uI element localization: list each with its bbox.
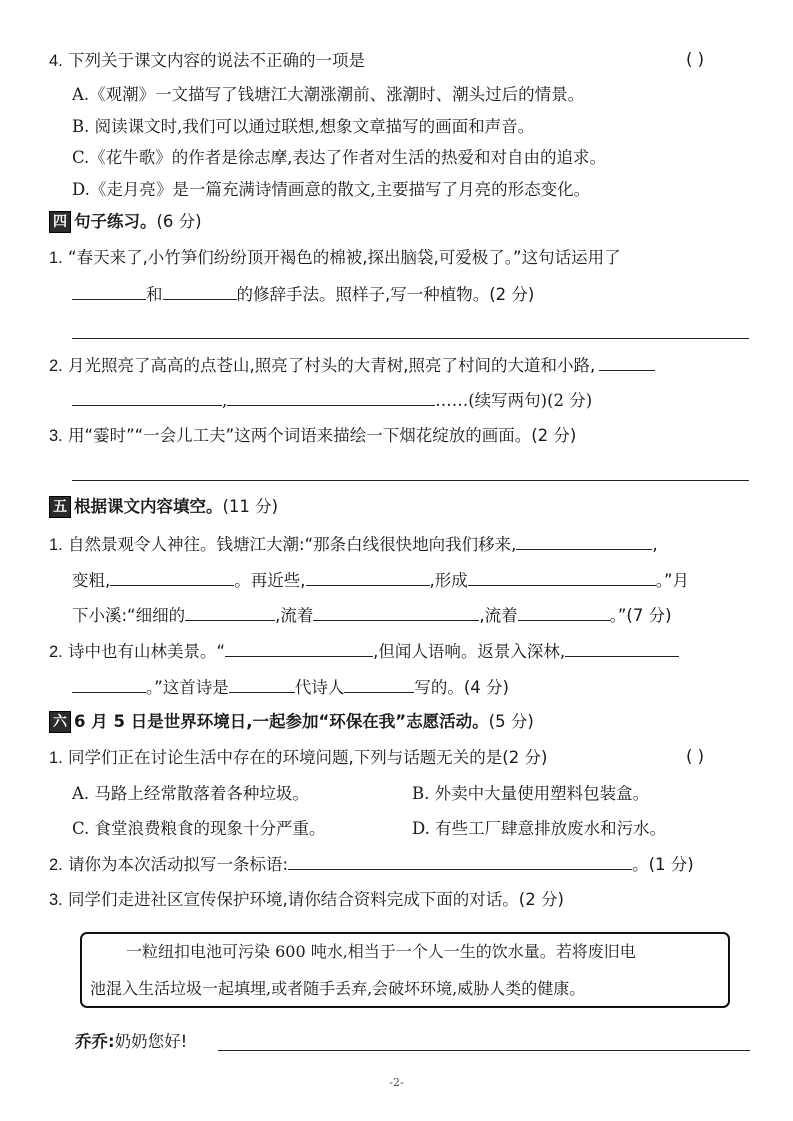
s4-q3-number: 3. [49,427,63,445]
page-number: -2- [0,1076,793,1089]
section-6-score: (5 分) [489,712,534,731]
section-5-header: 五根据课文内容填空。(11 分) [49,496,278,518]
s5-q1-text-3c: ,流着 [479,606,517,625]
q4-option-c: C.《花牛歌》的作者是徐志摩,表达了作者对生活的热爱和对自由的追求。 [72,147,606,169]
s5-q2-blank-5[interactable] [344,676,414,693]
s4-q2-text: 月光照亮了高高的点苍山,照亮了村头的大青树,照亮了村间的大道和小路, [68,356,595,375]
s5-q1-text-2c: ,形成 [430,571,468,590]
s5-q1-text-2b: 。再近些, [234,571,305,590]
s6-q1-answer-bracket[interactable]: ( ) [686,747,704,766]
section-6-header: 六6 月 5 日是世界环境日,一起参加“环保在我”志愿活动。(5 分) [49,711,534,733]
s4-q2-blank-3[interactable] [227,389,435,406]
s6-q3-stem: 同学们走进社区宣传保护环境,请你结合资料完成下面的对话。(2 分) [68,890,564,909]
s6-q3-number: 3. [49,891,63,909]
s5-q1-text-3a: 下小溪:“细细的 [72,606,185,625]
q4-number: 4. [49,52,63,70]
s4-q3-text: 用“霎时”“一会儿工夫”这两个词语来描绘一下烟花绽放的画面。(2 分) [68,426,576,445]
s5-q1-text-2a: 变粗, [72,571,110,590]
s5-q1-blank-1[interactable] [516,533,652,550]
section-4-header: 四句子练习。(6 分) [49,211,202,233]
s6-q3-stem-line: 3. 同学们走进社区宣传保护环境,请你结合资料完成下面的对话。(2 分) [49,889,564,911]
s5-q2-line2: 。”这首诗是代诗人写的。(4 分) [72,676,509,699]
s5-q1-line1: 1. 自然景观令人神往。钱塘江大潮:“那条白线很快地向我们移来,, [49,533,658,556]
s4-q1-line2: 和的修辞手法。照样子,写一种植物。(2 分) [72,283,534,306]
s4-q1-mid: 和 [146,285,163,304]
s6-q1-option-c: C. 食堂浪费粮食的现象十分严重。 [72,818,326,840]
s5-q1-text-2d: 。”月 [656,571,689,590]
s4-q1-number: 1. [49,249,63,267]
section-6-badge: 六 [49,711,71,733]
s6-q2-line: 2. 请你为本次活动拟写一条标语:。(1 分) [49,853,694,876]
material-line-1: 一粒纽扣电池可污染 600 吨水,相当于一个人一生的饮水量。若将废旧电 [90,941,720,963]
s6-q2-number: 2. [49,856,63,874]
s5-q1-text-3d: 。”(7 分) [610,606,672,625]
s5-q2-text-2a: 。”这首诗是 [146,678,229,697]
s4-q1-answer-line[interactable] [72,338,749,339]
s5-q1-line3: 下小溪:“细细的,流着,流着。”(7 分) [72,604,672,627]
s5-q1-text-3b: ,流着 [275,606,313,625]
s6-q1-stem: 同学们正在讨论生活中存在的环境问题,下列与话题无关的是(2 分) [68,748,547,767]
material-line-2: 池混入生活垃圾一起填埋,或者随手丢弃,会破坏环境,威胁人类的健康。 [90,978,720,1000]
q4-option-d: D.《走月亮》是一篇充满诗情画意的散文,主要描写了月亮的形态变化。 [72,179,590,201]
s5-q2-blank-4[interactable] [229,676,295,693]
s4-q1-blank-2[interactable] [163,283,237,300]
s5-q2-text-2c: 写的。(4 分) [414,678,509,697]
section-5-score: (11 分) [223,497,279,516]
s6-q1-option-b: B. 外卖中大量使用塑料包装盒。 [412,783,649,805]
s4-q2-number: 2. [49,357,63,375]
s4-q1-tail: 的修辞手法。照样子,写一种植物。(2 分) [237,285,535,304]
s6-q2-slogan-blank[interactable] [288,853,632,870]
s5-q1-number: 1. [49,536,63,554]
s5-q2-blank-2[interactable] [565,640,679,657]
q4-stem-line: 4. 下列关于课文内容的说法不正确的一项是 [49,50,365,72]
section-5-title: 根据课文内容填空。 [74,497,223,516]
material-box: 一粒纽扣电池可污染 600 吨水,相当于一个人一生的饮水量。若将废旧电 池混入生… [80,932,730,1008]
dialogue-line: 乔乔:奶奶您好! [75,1031,187,1053]
section-5-badge: 五 [49,496,71,518]
s5-q2-blank-1[interactable] [225,640,373,657]
s5-q2-line1: 2. 诗中也有山林美景。“,但闻人语响。返景入深林, [49,640,679,663]
s5-q1-line2: 变粗,。再近些,,形成。”月 [72,569,689,592]
s6-q2-tail: 。(1 分) [632,855,694,874]
s5-q1-blank-2[interactable] [110,569,234,586]
s4-q1-blank-1[interactable] [72,283,146,300]
s6-q1-stem-line: 1. 同学们正在讨论生活中存在的环境问题,下列与话题无关的是(2 分) [49,747,547,769]
q4-answer-bracket[interactable]: ( ) [686,50,704,69]
section-4-score: (6 分) [157,212,202,231]
q4-option-b: B. 阅读课文时,我们可以通过联想,想象文章描写的画面和声音。 [72,116,534,138]
s5-q2-text-1a: 诗中也有山林美景。“ [68,642,225,661]
s6-q1-option-a: A. 马路上经常散落着各种垃圾。 [72,783,309,805]
s5-q2-number: 2. [49,643,63,661]
s4-q2-blank-1[interactable] [599,354,655,371]
s4-q3-line: 3. 用“霎时”“一会儿工夫”这两个词语来描绘一下烟花绽放的画面。(2 分) [49,425,576,447]
s5-q1-blank-4[interactable] [468,569,656,586]
dialogue-speaker: 乔乔: [75,1032,115,1051]
s4-q2-line1: 2. 月光照亮了高高的点苍山,照亮了村头的大青树,照亮了村间的大道和小路, [49,354,655,377]
s4-q2-tail: ……(续写两句)(2 分) [435,391,592,410]
section-6-title: 6 月 5 日是世界环境日,一起参加“环保在我”志愿活动。 [74,712,489,731]
s5-q2-text-1b: ,但闻人语响。返景入深林, [373,642,565,661]
section-4-badge: 四 [49,211,71,233]
s4-q2-line2: ,……(续写两句)(2 分) [72,389,592,412]
section-4-title: 句子练习。 [74,212,157,231]
s5-q1-comma: , [652,535,657,554]
s4-q3-answer-line[interactable] [72,480,749,481]
s5-q1-blank-5[interactable] [185,604,275,621]
s5-q2-blank-3[interactable] [72,676,146,693]
s4-q1-line1: 1. “春天来了,小竹笋们纷纷顶开褐色的棉被,探出脑袋,可爱极了。”这句话运用了 [49,247,621,269]
s5-q1-blank-3[interactable] [306,569,430,586]
dialogue-answer-line[interactable] [218,1050,750,1051]
q4-stem: 下列关于课文内容的说法不正确的一项是 [68,51,365,70]
s4-q1-text: “春天来了,小竹笋们纷纷顶开褐色的棉被,探出脑袋,可爱极了。”这句话运用了 [68,248,621,267]
s6-q1-option-d: D. 有些工厂肆意排放废水和污水。 [412,818,666,840]
s5-q1-text: 自然景观令人神往。钱塘江大潮:“那条白线很快地向我们移来, [68,535,516,554]
s6-q2-stem: 请你为本次活动拟写一条标语: [68,855,288,874]
dialogue-text: 奶奶您好! [115,1032,188,1051]
s5-q2-text-2b: 代诗人 [295,678,345,697]
s5-q1-blank-6[interactable] [313,604,479,621]
s4-q2-blank-2[interactable] [72,389,222,406]
s5-q1-blank-7[interactable] [518,604,610,621]
s6-q1-number: 1. [49,749,63,767]
q4-option-a: A.《观潮》一文描写了钱塘江大潮涨潮前、涨潮时、潮头过后的情景。 [72,84,584,106]
